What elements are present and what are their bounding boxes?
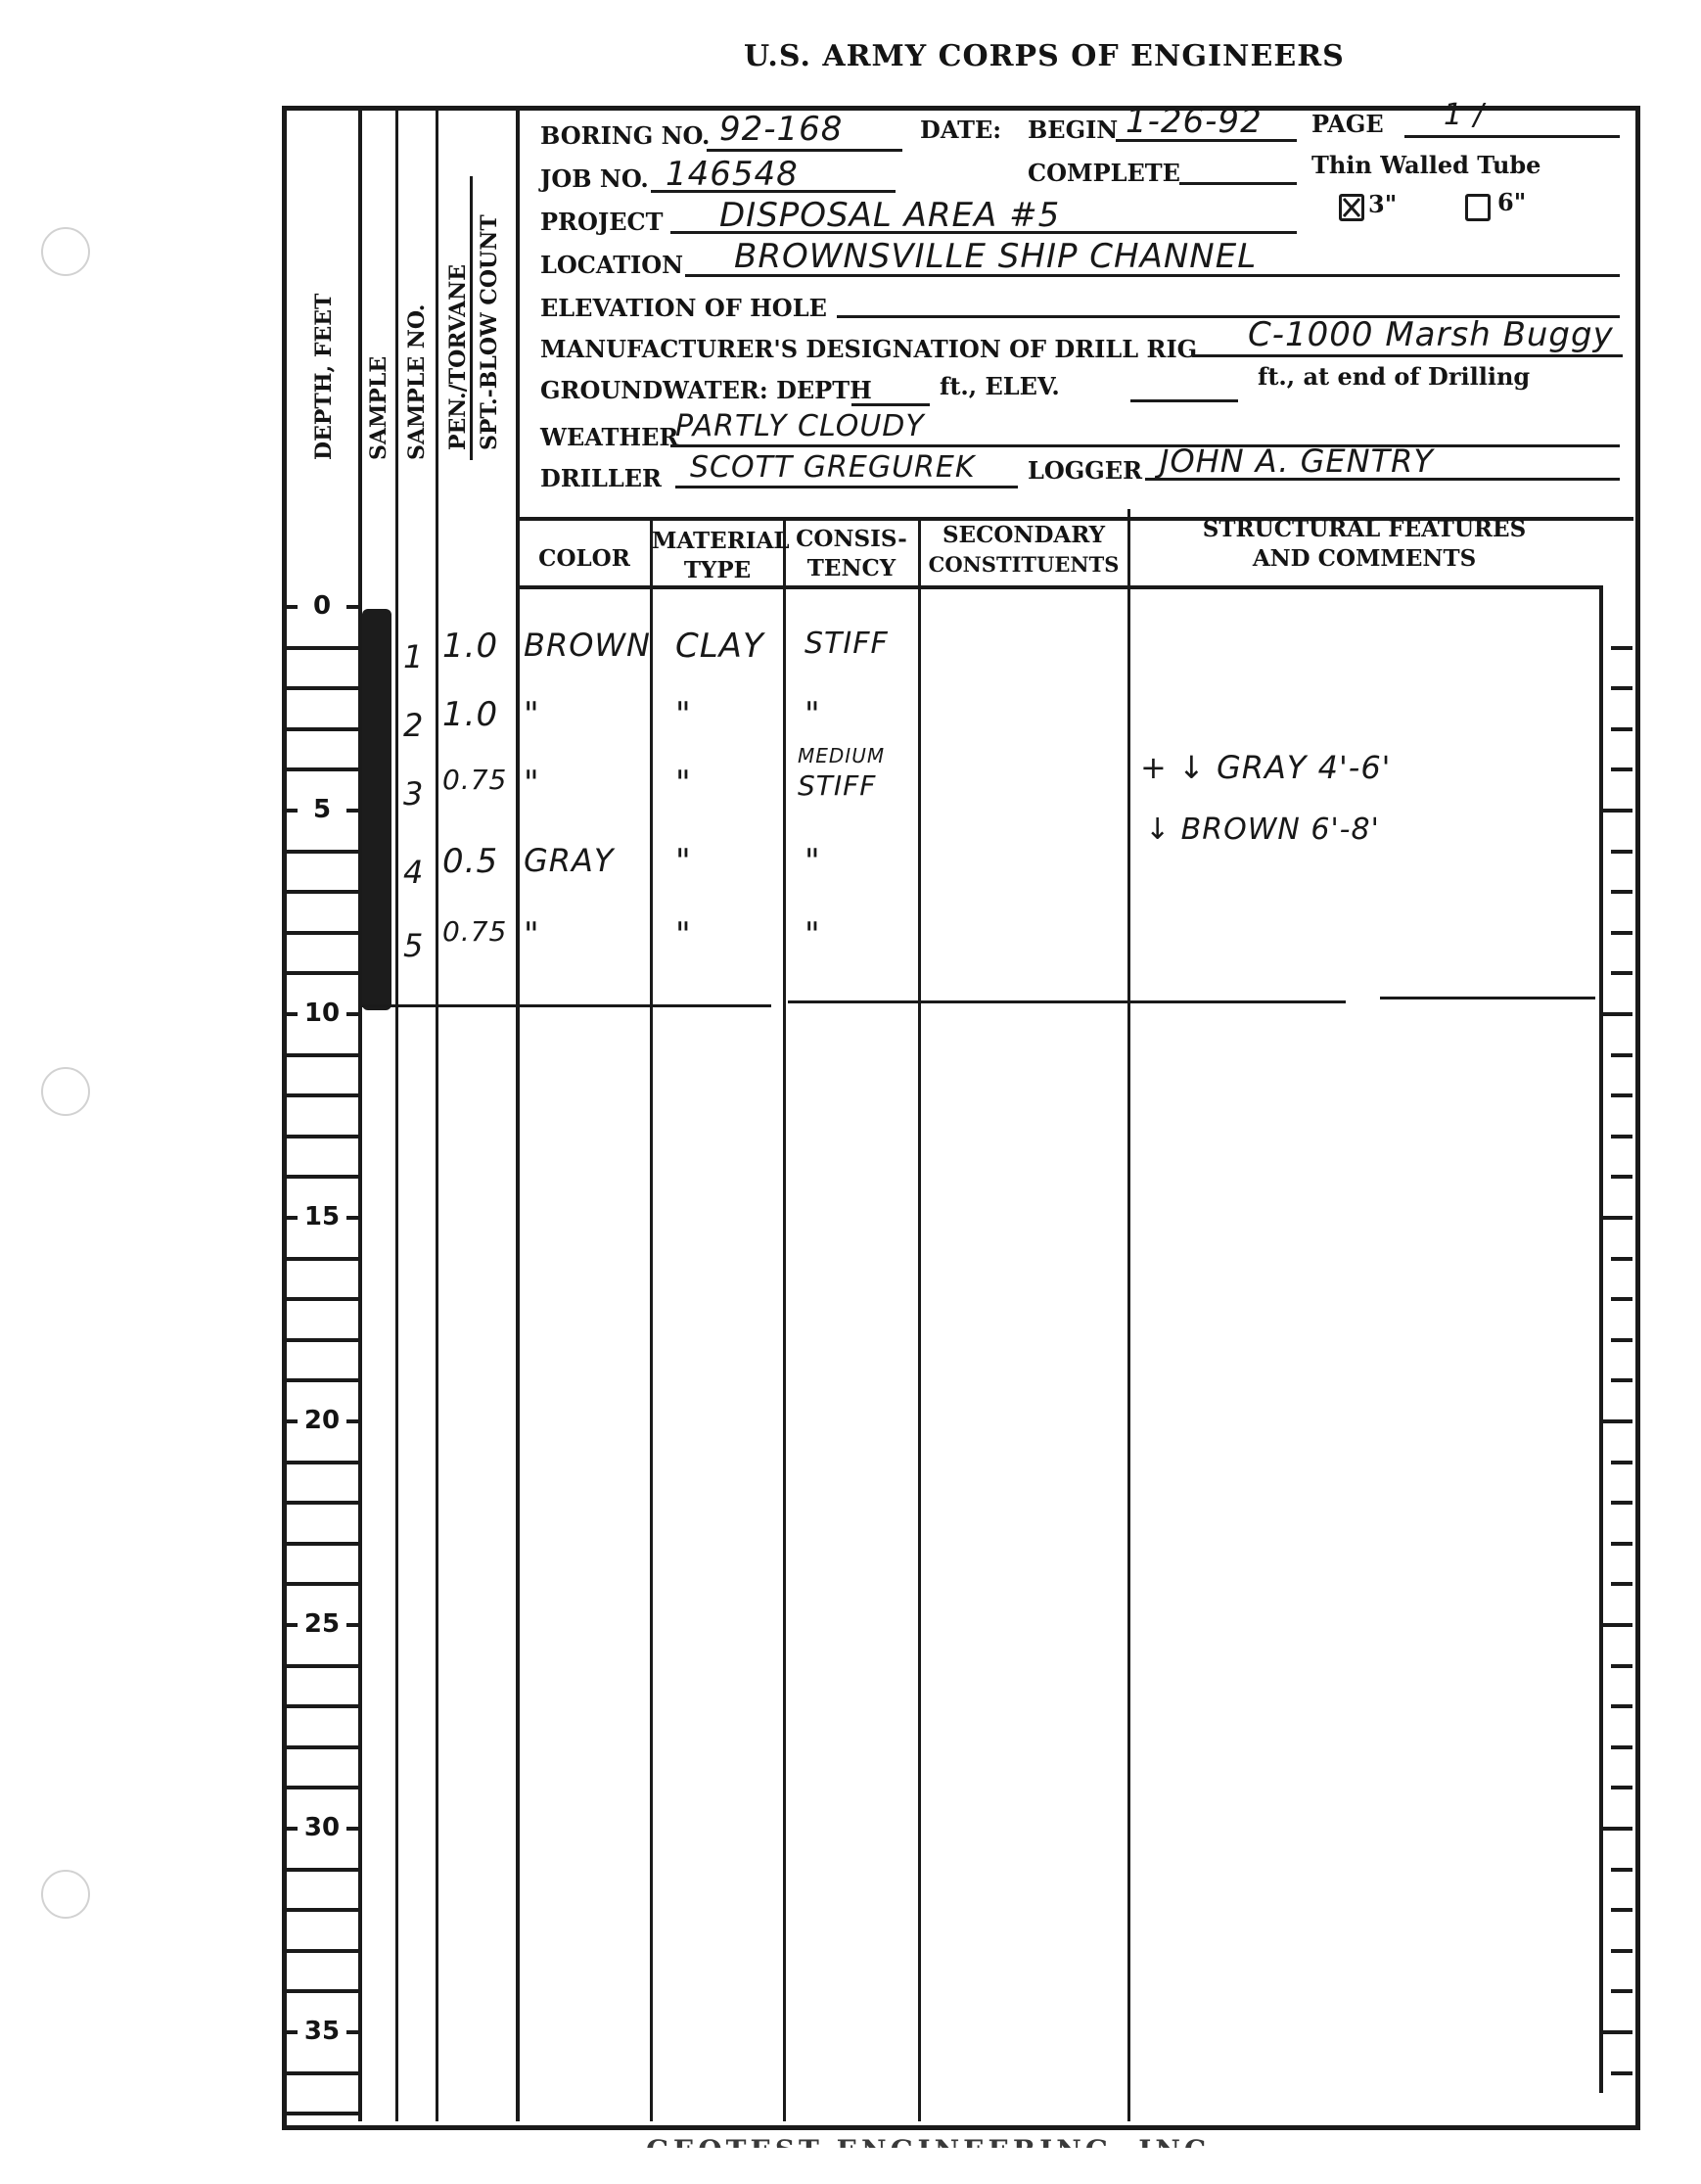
right-scale-tick (1611, 1949, 1632, 1953)
groundwater-depth-field[interactable] (851, 403, 930, 406)
right-scale-tick (1611, 1704, 1632, 1708)
depth-gridline (286, 1745, 360, 1749)
pen-torvane-value: 0.75 (442, 764, 507, 796)
project-value[interactable]: DISPOSAL AREA #5 (719, 196, 1060, 235)
structural-header-2: AND COMMENTS (1129, 544, 1599, 574)
underline (670, 444, 1620, 447)
right-scale-tick (1611, 686, 1632, 690)
underline (685, 274, 1620, 277)
end-of-boring-line (1380, 997, 1595, 999)
depth-tick (346, 1216, 358, 1220)
depth-gridline (286, 1093, 360, 1097)
underline (675, 486, 1018, 488)
depth-gridline (286, 1949, 360, 1953)
depth-gridline (286, 686, 360, 690)
underline (1145, 478, 1620, 481)
complete-label: COMPLETE (1028, 159, 1180, 187)
right-scale-tick (1611, 890, 1632, 894)
depth-gridline (286, 646, 360, 650)
depth-gridline (286, 1989, 360, 1993)
sample-no-header: SAMPLE NO. (404, 304, 430, 460)
pen-torvane-header: PEN./TORVANE (445, 264, 471, 450)
job-no-value[interactable]: 146548 (666, 155, 799, 194)
pen-torvane-value: 1.0 (442, 695, 498, 734)
depth-tick (286, 1216, 298, 1220)
right-scale-tick (1611, 1378, 1632, 1382)
secondary-header-2: CONSTITUENTS (920, 550, 1127, 580)
depth-gridline (286, 1378, 360, 1382)
checkmark-x-icon (1342, 197, 1361, 218)
depth-tick (286, 605, 298, 609)
depth-gridline (286, 1338, 360, 1342)
color-value: BROWN (524, 627, 651, 664)
color-value: " (524, 764, 540, 803)
groundwater-elev-field[interactable] (1130, 399, 1238, 402)
depth-gridline (286, 1501, 360, 1505)
pen-torvane-value: 0.75 (442, 915, 507, 948)
right-scale-tick (1601, 1419, 1632, 1423)
job-no-label: JOB NO. (540, 164, 649, 193)
right-scale-tick (1611, 727, 1632, 731)
depth-tick (286, 1419, 298, 1423)
consistency-value: STIFF (805, 627, 889, 661)
depth-gridline (286, 1908, 360, 1912)
material-value: " (675, 764, 692, 803)
right-scale-tick (1611, 2071, 1632, 2075)
right-scale-tick (1611, 1868, 1632, 1872)
right-scale-tick (1611, 1053, 1632, 1057)
hole-punch (41, 1870, 90, 1919)
right-scale-tick (1611, 1297, 1632, 1301)
right-scale-tick (1611, 1338, 1632, 1342)
consistency-value: MEDIUM (798, 744, 885, 767)
depth-gridline (286, 1053, 360, 1057)
right-scale-tick (1611, 1989, 1632, 1993)
depth-tick (286, 809, 298, 813)
ft-elev-label: ft., ELEV. (940, 372, 1060, 400)
complete-field[interactable] (1179, 182, 1297, 185)
right-scale-tick (1611, 1786, 1632, 1789)
depth-gridline (286, 1582, 360, 1586)
underline (670, 231, 1297, 234)
comment-line: ↓ BROWN 6'-8' (1145, 813, 1380, 847)
divider (650, 519, 653, 2121)
weather-label: WEATHER (540, 423, 678, 451)
right-scale-tick (1601, 1623, 1632, 1627)
depth-gridline (286, 2112, 360, 2115)
depth-gridline (286, 971, 360, 975)
divider (516, 110, 520, 2121)
depth-gridline (286, 727, 360, 731)
right-scale-tick (1601, 1216, 1632, 1220)
material-value: CLAY (675, 627, 764, 666)
depth-tick (286, 2030, 298, 2034)
right-scale-tick (1611, 1093, 1632, 1097)
depth-gridline (286, 850, 360, 854)
logger-label: LOGGER (1028, 456, 1142, 485)
sample-no: 1 (403, 638, 424, 675)
consistency-value: STIFF (798, 769, 876, 802)
material-type-header-2: TYPE (652, 556, 783, 585)
drill-rig-value[interactable]: C-1000 Marsh Buggy (1248, 315, 1614, 354)
divider (516, 585, 1602, 589)
divider (1127, 509, 1130, 2121)
tube-6in-checkbox[interactable] (1465, 194, 1491, 221)
depth-gridline (286, 1542, 360, 1546)
divider (395, 110, 398, 2121)
boring-no-value[interactable]: 92-168 (719, 110, 843, 149)
depth-gridline (286, 1664, 360, 1668)
depth-tick (346, 1827, 358, 1831)
consistency-value: " (805, 695, 821, 734)
right-scale-tick (1611, 971, 1632, 975)
depth-gridline (286, 1135, 360, 1138)
right-scale-tick (1611, 1257, 1632, 1261)
depth-tick (346, 605, 358, 609)
color-value: " (524, 915, 540, 954)
underline (707, 149, 902, 152)
weather-value[interactable]: PARTLY CLOUDY (675, 409, 925, 443)
comment-line: + ↓ GRAY 4'-6' (1140, 749, 1391, 786)
consistency-header-1: CONSIS- (785, 525, 918, 554)
sample-header: SAMPLE (366, 356, 391, 460)
right-scale-tick (1601, 809, 1632, 813)
sample-no: 2 (403, 707, 424, 744)
material-value: " (675, 915, 692, 954)
consistency-header-2: TENCY (785, 554, 918, 583)
divider (918, 519, 921, 2121)
pen-torvane-value: 1.0 (442, 627, 498, 666)
secondary-header-1: SECONDARY (920, 521, 1127, 550)
right-scale-tick (1611, 646, 1632, 650)
underline (1116, 139, 1297, 142)
material-type-header-1: MATERIAL (652, 527, 783, 556)
location-label: LOCATION (540, 251, 683, 279)
driller-label: DRILLER (540, 464, 662, 492)
pen-torvane-value: 0.5 (442, 842, 498, 881)
page-label: PAGE (1311, 110, 1384, 138)
begin-date-value[interactable]: 1-26-92 (1126, 102, 1263, 141)
divider (783, 519, 786, 2121)
begin-label: BEGIN (1028, 116, 1118, 144)
underline (1192, 354, 1623, 357)
color-value: GRAY (524, 842, 614, 879)
sample-no: 4 (403, 854, 424, 891)
depth-tick (346, 1012, 358, 1016)
right-scale-tick (1611, 1908, 1632, 1912)
depth-gridline (286, 1257, 360, 1261)
right-scale-tick (1611, 931, 1632, 935)
depth-tick (346, 809, 358, 813)
location-value[interactable]: BROWNSVILLE SHIP CHANNEL (734, 237, 1257, 276)
color-header: COLOR (519, 544, 650, 574)
depth-tick (346, 1419, 358, 1423)
material-value: " (675, 842, 692, 881)
sample-no: 3 (403, 775, 424, 813)
tube-3in-checkbox[interactable] (1339, 194, 1364, 221)
right-scale-tick (1611, 1461, 1632, 1464)
depth-tick (286, 1827, 298, 1831)
divider (436, 110, 438, 2121)
page-value[interactable]: 1 / (1444, 98, 1485, 132)
depth-gridline (286, 2071, 360, 2075)
material-value: " (675, 695, 692, 734)
depth-gridline (286, 1868, 360, 1872)
drill-rig-label: MANUFACTURER'S DESIGNATION OF DRILL RIG (540, 335, 1197, 363)
right-scale-tick (1611, 1135, 1632, 1138)
right-scale-tick (1611, 767, 1632, 771)
end-of-boring-line (788, 1000, 1346, 1003)
groundwater-label: GROUNDWATER: DEPTH (540, 376, 872, 404)
tube-6in-label: 6" (1497, 188, 1526, 216)
consistency-value: " (805, 842, 821, 881)
color-value: " (524, 695, 540, 734)
agency-title: U.S. ARMY CORPS OF ENGINEERS (744, 39, 1345, 73)
depth-tick (346, 2030, 358, 2034)
driller-value[interactable]: SCOTT GREGUREK (690, 450, 976, 485)
depth-tick (346, 1623, 358, 1627)
right-scale-tick (1601, 1012, 1632, 1016)
depth-gridline (286, 1786, 360, 1789)
end-of-boring-line (360, 1004, 771, 1007)
right-scale-tick (1601, 1827, 1632, 1831)
spt-blow-count-header: SPT.-BLOW COUNT (477, 214, 502, 450)
right-scale-tick (1611, 850, 1632, 854)
underline (651, 190, 896, 193)
date-label: DATE: (920, 116, 1001, 144)
tube-3in-label: 3" (1368, 190, 1397, 218)
right-scale-tick (1601, 2030, 1632, 2034)
right-scale-tick (1611, 1582, 1632, 1586)
hole-punch (41, 227, 90, 276)
underline (1404, 135, 1620, 138)
right-scale-tick (1611, 1745, 1632, 1749)
depth-gridline (286, 1297, 360, 1301)
consistency-value: " (805, 915, 821, 954)
thin-walled-tube-label: Thin Walled Tube (1311, 151, 1540, 179)
sample-no: 5 (403, 927, 424, 964)
elevation-label: ELEVATION OF HOLE (540, 294, 827, 322)
boring-no-label: BORING NO. (540, 121, 710, 150)
company-footer: GEOTEST ENGINEERING, INC. (646, 2134, 1222, 2148)
depth-feet-header: DEPTH, FEET (311, 294, 337, 460)
depth-gridline (286, 931, 360, 935)
depth-tick (286, 1012, 298, 1016)
depth-tick (286, 1623, 298, 1627)
structural-header-1: STRUCTURAL FEATURES (1129, 515, 1599, 544)
depth-gridline (286, 1175, 360, 1179)
project-label: PROJECT (540, 208, 664, 236)
end-of-drilling-label: ft., at end of Drilling (1258, 362, 1530, 391)
logger-value[interactable]: JOHN A. GENTRY (1160, 442, 1434, 480)
hole-punch (41, 1067, 90, 1116)
right-scale-tick (1611, 1175, 1632, 1179)
sample-interval-bar (362, 609, 391, 1010)
right-scale-tick (1611, 1542, 1632, 1546)
header-separator (470, 176, 473, 460)
depth-gridline (286, 890, 360, 894)
depth-gridline (286, 767, 360, 771)
right-scale-tick (1611, 1501, 1632, 1505)
depth-gridline (286, 1704, 360, 1708)
right-scale-tick (1611, 1664, 1632, 1668)
depth-gridline (286, 1461, 360, 1464)
